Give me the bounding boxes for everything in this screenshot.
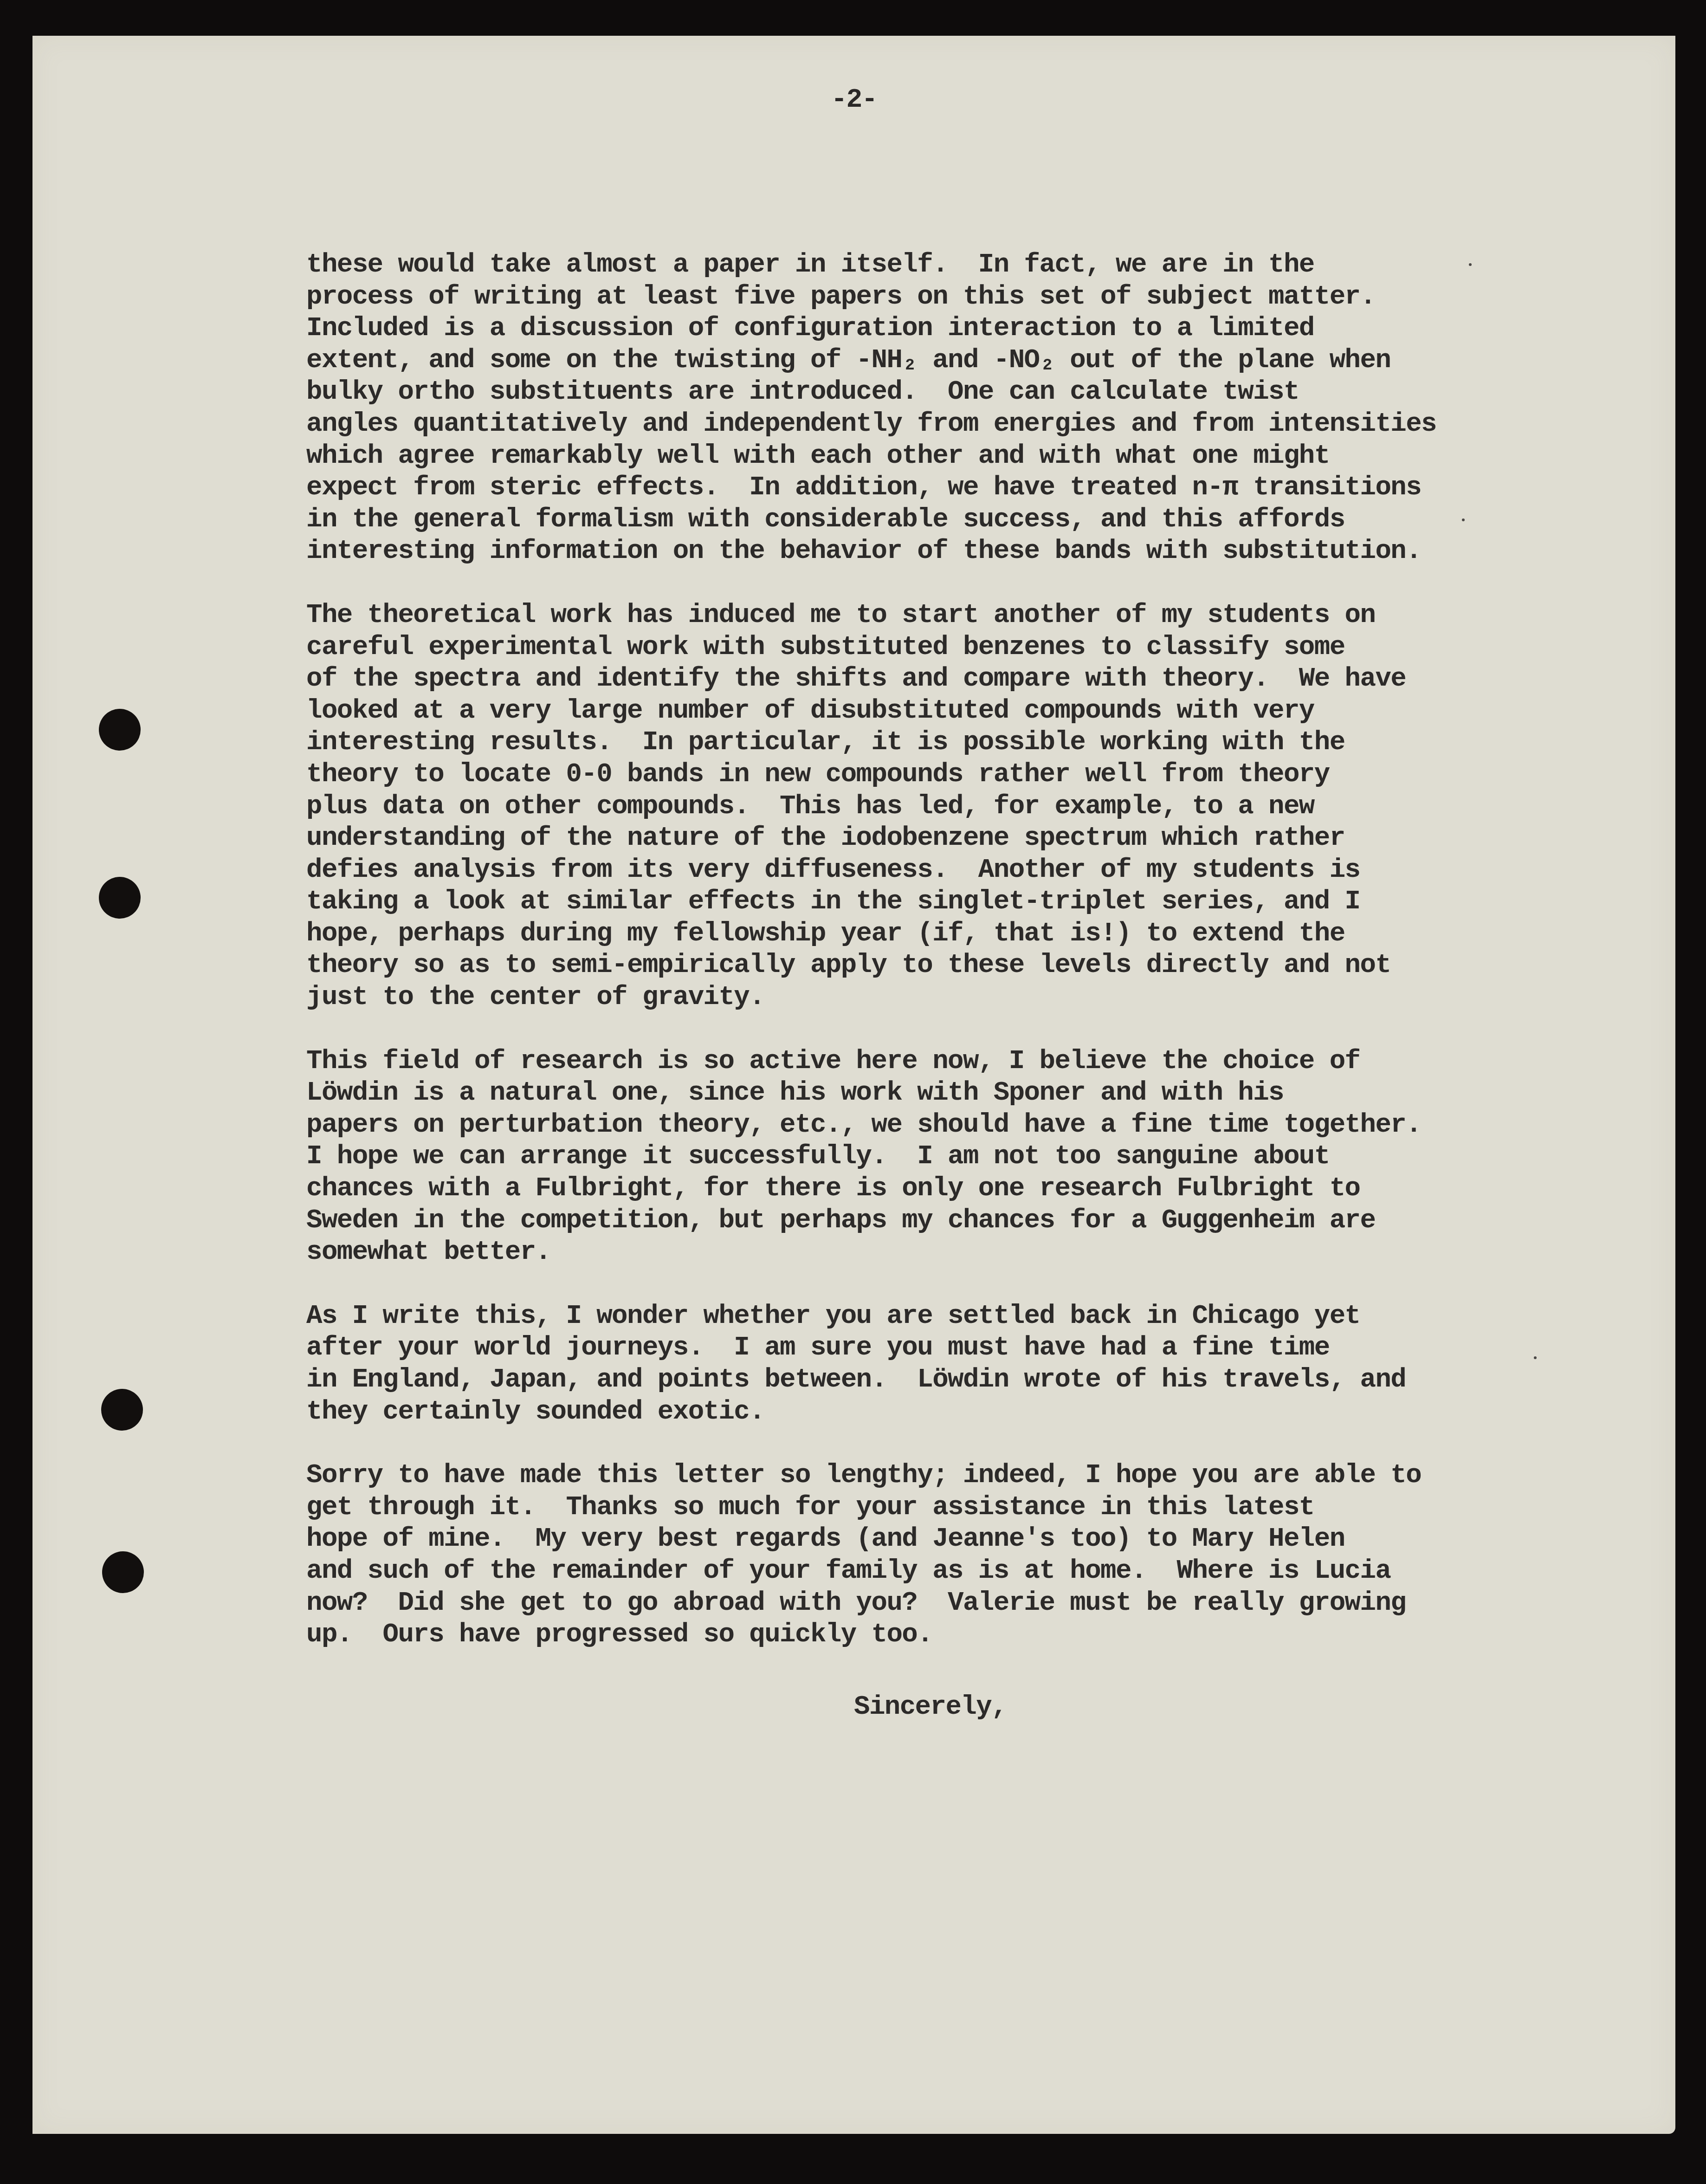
text-line: I hope we can arrange it successfully. I… — [306, 1141, 1587, 1173]
text-line: theory to locate 0-0 bands in new compou… — [306, 759, 1587, 791]
text-line: of the spectra and identify the shifts a… — [306, 663, 1587, 695]
text-line: This field of research is so active here… — [306, 1046, 1587, 1078]
text-line: taking a look at similar effects in the … — [306, 886, 1587, 918]
text-line: get through it. Thanks so much for your … — [306, 1492, 1587, 1524]
text-line: and such of the remainder of your family… — [306, 1555, 1587, 1588]
text-line: which agree remarkably well with each ot… — [306, 441, 1587, 473]
text-line: looked at a very large number of disubst… — [306, 695, 1587, 727]
text-line: careful experimental work with substitut… — [306, 632, 1587, 664]
text-line: plus data on other compounds. This has l… — [306, 791, 1587, 823]
letter-body: these would take almost a paper in itsel… — [306, 249, 1587, 1683]
text-line: interesting information on the behavior … — [306, 536, 1587, 568]
text-line: theory so as to semi-empirically apply t… — [306, 950, 1587, 982]
text-line: in England, Japan, and points between. L… — [306, 1364, 1587, 1396]
text-line: defies analysis from its very diffusenes… — [306, 855, 1587, 887]
text-line: hope, perhaps during my fellowship year … — [306, 918, 1587, 950]
text-line: papers on perturbation theory, etc., we … — [306, 1109, 1587, 1141]
punch-hole — [102, 1551, 144, 1593]
punch-hole — [99, 709, 141, 751]
page-number: -2- — [32, 85, 1675, 115]
punch-hole — [101, 1389, 143, 1431]
text-line: expect from steric effects. In addition,… — [306, 472, 1587, 504]
letter-page: -2- these would take almost a paper in i… — [32, 36, 1675, 2134]
text-line: just to the center of gravity. — [306, 982, 1587, 1014]
text-line: Sorry to have made this letter so length… — [306, 1460, 1587, 1492]
text-line: Löwdin is a natural one, since his work … — [306, 1077, 1587, 1109]
text-line: interesting results. In particular, it i… — [306, 727, 1587, 759]
punch-hole — [99, 877, 141, 919]
text-line: angles quantitatively and independently … — [306, 408, 1587, 441]
text-line: bulky ortho substituents are introduced.… — [306, 376, 1587, 408]
text-line: in the general formalism with considerab… — [306, 504, 1587, 536]
text-line: chances with a Fulbright, for there is o… — [306, 1173, 1587, 1205]
text-line: somewhat better. — [306, 1237, 1587, 1269]
paragraph-research-papers: these would take almost a paper in itsel… — [306, 249, 1587, 568]
text-line: after your world journeys. I am sure you… — [306, 1332, 1587, 1364]
closing-salutation: Sincerely, — [854, 1692, 1007, 1722]
paragraph-travels: As I write this, I wonder whether you ar… — [306, 1301, 1587, 1428]
text-line: understanding of the nature of the iodob… — [306, 823, 1587, 855]
text-line: they certainly sounded exotic. — [306, 1396, 1587, 1428]
text-line: up. Ours have progressed so quickly too. — [306, 1619, 1587, 1651]
text-line: process of writing at least five papers … — [306, 281, 1587, 313]
paragraph-lowdin-fellowship: This field of research is so active here… — [306, 1046, 1587, 1269]
text-line: now? Did she get to go abroad with you? … — [306, 1588, 1587, 1620]
text-line: extent, and some on the twisting of -NH₂… — [306, 345, 1587, 377]
text-line: Included is a discussion of configuratio… — [306, 313, 1587, 345]
paragraph-regards: Sorry to have made this letter so length… — [306, 1460, 1587, 1651]
text-line: hope of mine. My very best regards (and … — [306, 1523, 1587, 1555]
paragraph-experimental-work: The theoretical work has induced me to s… — [306, 600, 1587, 1014]
text-line: Sweden in the competition, but perhaps m… — [306, 1205, 1587, 1237]
text-line: The theoretical work has induced me to s… — [306, 600, 1587, 632]
text-line: these would take almost a paper in itsel… — [306, 249, 1587, 281]
text-line: As I write this, I wonder whether you ar… — [306, 1301, 1587, 1333]
